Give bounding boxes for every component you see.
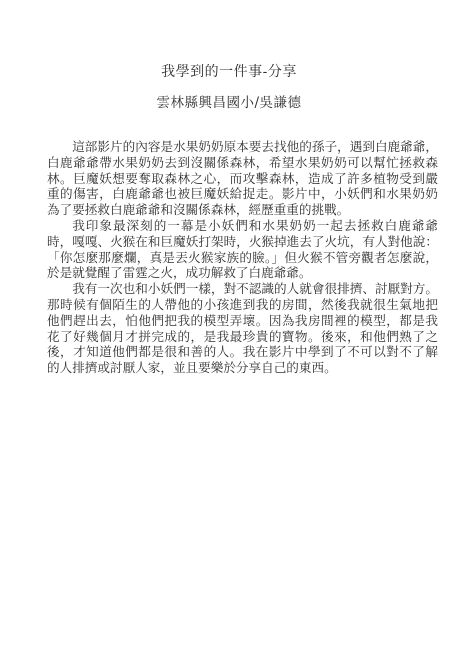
- text-line: 他們趕出去，怕他們把我的模型弄壞。因為我房間裡的模型，都是我: [47, 313, 438, 329]
- author-line: 雲林縣興昌國小/吳謙德: [0, 91, 458, 111]
- text-line: 我印象最深刻的一幕是小妖們和水果奶奶一起去拯救白鹿爺爺: [47, 218, 438, 234]
- text-line: 重的傷害，白鹿爺爺也被巨魔妖給捉走。影片中，小妖們和水果奶奶: [47, 186, 438, 202]
- text-line: 為了要拯救白鹿爺爺和沒關係森林，經歷重重的挑戰。: [47, 202, 438, 218]
- text-line: 於是就覺醒了雷霆之火，成功解救了白鹿爺爺。: [47, 265, 438, 281]
- text-line: 「你怎麼那麼爛，真是丟火猴家族的臉。」但火猴不管旁觀者怎麼說，: [47, 250, 438, 266]
- text-line: 我有一次也和小妖們一樣，對不認識的人就會很排擠、討厭對方。: [47, 281, 438, 297]
- text-line: 這部影片的內容是水果奶奶原本要去找他的孫子，遇到白鹿爺爺，: [47, 139, 438, 155]
- text-line: 林。巨魔妖想要奪取森林之心，而攻擊森林，造成了許多植物受到嚴: [47, 171, 438, 187]
- text-line: 花了好幾個月才拼完成的，是我最珍貴的寶物。後來，和他們熟了之: [47, 329, 438, 345]
- document-page: 我學到的一件事-分享 雲林縣興昌國小/吳謙德 這部影片的內容是水果奶奶原本要去找…: [0, 0, 458, 648]
- essay-body: 這部影片的內容是水果奶奶原本要去找他的孫子，遇到白鹿爺爺，白鹿爺爺帶水果奶奶去到…: [47, 139, 438, 376]
- text-line: 白鹿爺爺帶水果奶奶去到沒關係森林，希望水果奶奶可以幫忙拯救森: [47, 155, 438, 171]
- text-line: 後，才知道他們都是很和善的人。我在影片中學到了不可以對不了解: [47, 344, 438, 360]
- text-line: 那時候有個陌生的人帶他的小孩進到我的房間，然後我就很生氣地把: [47, 297, 438, 313]
- text-line: 時，嘎嘎、火猴在和巨魔妖打架時，火猴掉進去了火坑，有人對他說：: [47, 234, 438, 250]
- text-line: 的人排擠或討厭人家，並且要樂於分享自己的東西。: [47, 360, 438, 376]
- page-title: 我學到的一件事-分享: [0, 61, 458, 81]
